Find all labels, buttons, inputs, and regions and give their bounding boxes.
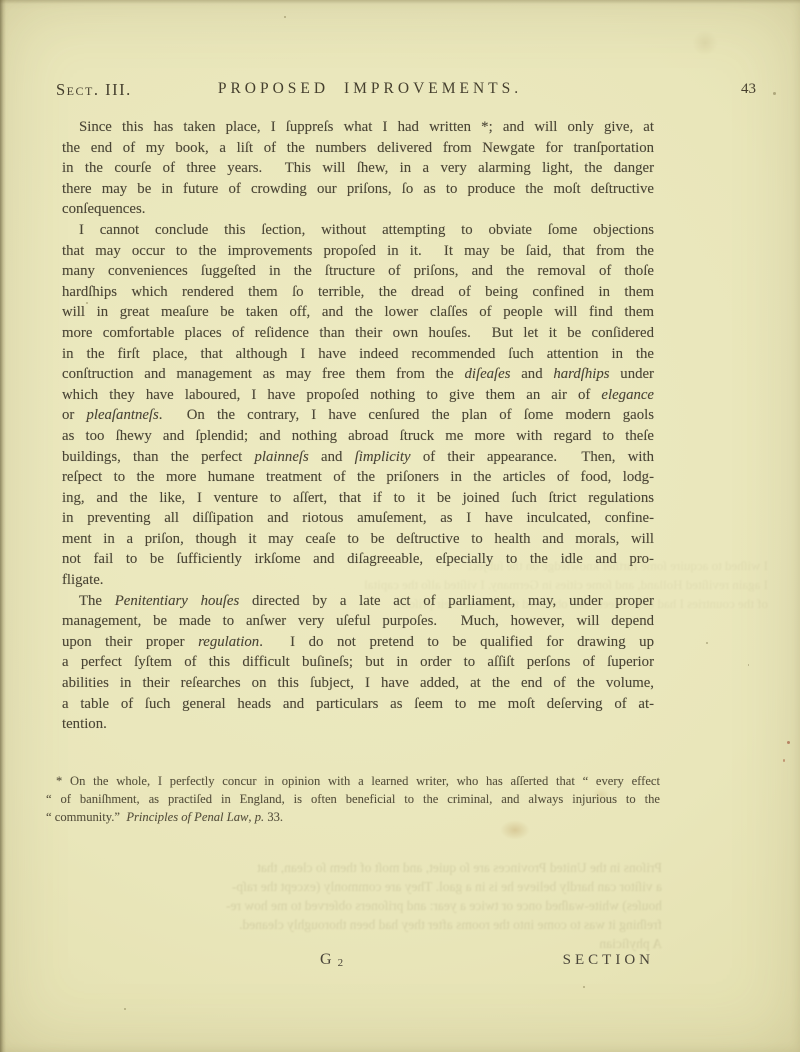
- paper-speck: [706, 642, 708, 644]
- text-segment: a perfect ſyſtem of this difficult buſin…: [62, 654, 654, 670]
- text-segment: tention.: [62, 716, 107, 732]
- text-segment: and: [510, 366, 553, 382]
- paper-speck: [783, 759, 785, 762]
- text-line: in the courſe of three years. This will …: [62, 158, 654, 179]
- page-title: PROPOSED IMPROVEMENTS.: [80, 80, 660, 98]
- text-segment: . On the contrary, I have cenſured the p…: [159, 407, 654, 423]
- text-segment: . I do not pretend to be qualified for d…: [259, 634, 654, 650]
- footnote-line: “ community.” Principles of Penal Law, p…: [46, 808, 660, 826]
- text-segment: of their appearance. Then, with: [411, 449, 654, 465]
- text-line: many conveniences ſuggeſted in the ſtruc…: [62, 261, 654, 282]
- italic-text: plainneſs: [255, 449, 309, 465]
- text-segment: management, be made to anſwer very uſefu…: [62, 613, 654, 629]
- text-line: I cannot conclude this ſection, without …: [62, 220, 654, 241]
- paper-speck: [583, 986, 585, 988]
- page-top-edge-shadow: [0, 0, 800, 4]
- text-segment: conſequences.: [62, 201, 145, 217]
- text-segment: in preventing all diſſipation and riotou…: [62, 510, 654, 526]
- bleed-bottom: Priſons in the United Provinces are ſo q…: [58, 858, 662, 953]
- text-line: The Penitentiary houſes directed by a la…: [62, 591, 654, 612]
- text-line: there may be in future of crowding our p…: [62, 179, 654, 200]
- body-text: Since this has taken place, I ſuppreſs w…: [62, 117, 654, 735]
- text-segment: that may occur to the improvements propo…: [62, 243, 654, 259]
- paper-speck: [787, 741, 790, 744]
- text-segment: a table of ſuch general heads and partic…: [62, 696, 654, 712]
- bleedthrough-line: freſhing it was to come into the rooms a…: [58, 915, 662, 934]
- text-segment: in the firſt place, that although I have…: [62, 346, 654, 362]
- text-line: fligate.: [62, 570, 654, 591]
- text-line: management, be made to anſwer very uſefu…: [62, 611, 654, 632]
- italic-text: elegance: [601, 387, 654, 403]
- text-line: that may occur to the improvements propo…: [62, 241, 654, 262]
- text-line: conſtruction and management as may free …: [62, 364, 654, 385]
- text-line: reſpect to the more humane treatment of …: [62, 467, 654, 488]
- text-segment: ment in a priſon, though it may ceaſe to…: [62, 531, 654, 547]
- paragraph: The Penitentiary houſes directed by a la…: [62, 591, 654, 735]
- text-segment: fligate.: [62, 572, 104, 588]
- text-line: ing, and the like, I venture to aſſert, …: [62, 488, 654, 509]
- text-segment: The: [79, 593, 115, 609]
- italic-text: ſimplicity: [355, 449, 411, 465]
- text-segment: more comfortable places of reſidence tha…: [62, 325, 654, 341]
- text-line: a table of ſuch general heads and partic…: [62, 694, 654, 715]
- paragraph: I cannot conclude this ſection, without …: [62, 220, 654, 591]
- text-line: not fail to be ſufficiently irkſome and …: [62, 549, 654, 570]
- paper-speck: [124, 1008, 126, 1010]
- text-line: a perfect ſyſtem of this difficult buſin…: [62, 652, 654, 673]
- footnote: * On the whole, I perfectly concur in op…: [46, 772, 660, 827]
- text-line: more comfortable places of reſidence tha…: [62, 323, 654, 344]
- text-line: in preventing all diſſipation and riotou…: [62, 508, 654, 529]
- text-segment: * On the whole, I perfectly concur in op…: [56, 774, 660, 788]
- text-line: will in great meaſure be taken off, and …: [62, 302, 654, 323]
- text-segment: not fail to be ſufficiently irkſome and …: [62, 551, 654, 567]
- text-line: upon their proper regulation. I do not p…: [62, 632, 654, 653]
- text-segment: as too ſhewy and ſplendid; and nothing a…: [62, 428, 654, 444]
- text-segment: directed by a late act of parliament, ma…: [239, 593, 654, 609]
- bleedthrough-line: a viſitor can hardly believe he is in a …: [58, 877, 662, 896]
- bleedthrough-line: Priſons in the United Provinces are ſo q…: [58, 858, 662, 877]
- text-segment: the end of my book, a liſt of the number…: [62, 140, 654, 156]
- italic-text: regulation: [198, 634, 259, 650]
- text-segment: “ of baniſhment, as practiſed in England…: [46, 792, 660, 806]
- text-segment: abilities in their reſearches on this ſu…: [62, 675, 654, 691]
- text-line: conſequences.: [62, 199, 654, 220]
- italic-text: Penitentiary houſes: [115, 593, 240, 609]
- italic-text: pleaſantneſs: [86, 407, 158, 423]
- text-segment: and: [309, 449, 355, 465]
- catchword: SECTION: [563, 952, 654, 969]
- text-line: Since this has taken place, I ſuppreſs w…: [62, 117, 654, 138]
- text-line: or pleaſantneſs. On the contrary, I have…: [62, 405, 654, 426]
- footnote-line: * On the whole, I perfectly concur in op…: [46, 772, 660, 790]
- footnote-line: “ of baniſhment, as practiſed in England…: [46, 790, 660, 808]
- italic-text: diſeaſes: [464, 366, 510, 382]
- paragraph: Since this has taken place, I ſuppreſs w…: [62, 117, 654, 220]
- text-segment: buildings, than the perfect: [62, 449, 255, 465]
- text-segment: reſpect to the more humane treatment of …: [62, 469, 654, 485]
- text-line: hardſhips which rendered them ſo terribl…: [62, 282, 654, 303]
- paper-speck: [748, 664, 749, 666]
- text-segment: under: [610, 366, 654, 382]
- text-segment: which they have laboured, I have propoſe…: [62, 387, 601, 403]
- text-segment: there may be in future of crowding our p…: [62, 181, 654, 197]
- text-segment: conſtruction and management as may free …: [62, 366, 464, 382]
- italic-text: Principles of Penal Law: [126, 810, 248, 824]
- text-segment: “ community.”: [46, 810, 126, 824]
- text-segment: or: [62, 407, 86, 423]
- text-segment: ing, and the like, I venture to aſſert, …: [62, 490, 654, 506]
- text-segment: upon their proper: [62, 634, 198, 650]
- text-line: tention.: [62, 714, 654, 735]
- text-segment: will in great meaſure be taken off, and …: [62, 304, 654, 320]
- running-header: Sect. III. PROPOSED IMPROVEMENTS. 43: [0, 79, 800, 103]
- text-segment: in the courſe of three years. This will …: [62, 160, 654, 176]
- text-line: which they have laboured, I have propoſe…: [62, 385, 654, 406]
- text-line: abilities in their reſearches on this ſu…: [62, 673, 654, 694]
- paper-stain: [692, 30, 718, 56]
- signature-mark: G2: [320, 951, 344, 969]
- signature-letter: G: [320, 951, 333, 968]
- text-segment: 33.: [264, 810, 283, 824]
- italic-text: hardſhips: [553, 366, 609, 382]
- text-segment: I cannot conclude this ſection, without …: [79, 222, 654, 238]
- text-line: the end of my book, a liſt of the number…: [62, 138, 654, 159]
- text-line: buildings, than the perfect plainneſs an…: [62, 447, 654, 468]
- text-line: in the firſt place, that although I have…: [62, 344, 654, 365]
- text-segment: Since this has taken place, I ſuppreſs w…: [79, 119, 654, 135]
- text-segment: many conveniences ſuggeſted in the ſtruc…: [62, 263, 654, 279]
- text-line: as too ſhewy and ſplendid; and nothing a…: [62, 426, 654, 447]
- page-number: 43: [741, 81, 756, 98]
- paper-speck: [284, 16, 286, 18]
- text-line: ment in a priſon, though it may ceaſe to…: [62, 529, 654, 550]
- bleedthrough-line: houſes) white-waſhed once or twice a yea…: [58, 896, 662, 915]
- page-left-edge-shadow: [0, 0, 6, 1052]
- signature-number: 2: [338, 957, 345, 969]
- signature-row: G2 SECTION: [62, 951, 654, 973]
- text-segment: hardſhips which rendered them ſo terribl…: [62, 284, 654, 300]
- book-page: { "colors": { "paper": "#e9e6ba", "ink":…: [0, 0, 800, 1052]
- italic-text: p.: [255, 810, 264, 824]
